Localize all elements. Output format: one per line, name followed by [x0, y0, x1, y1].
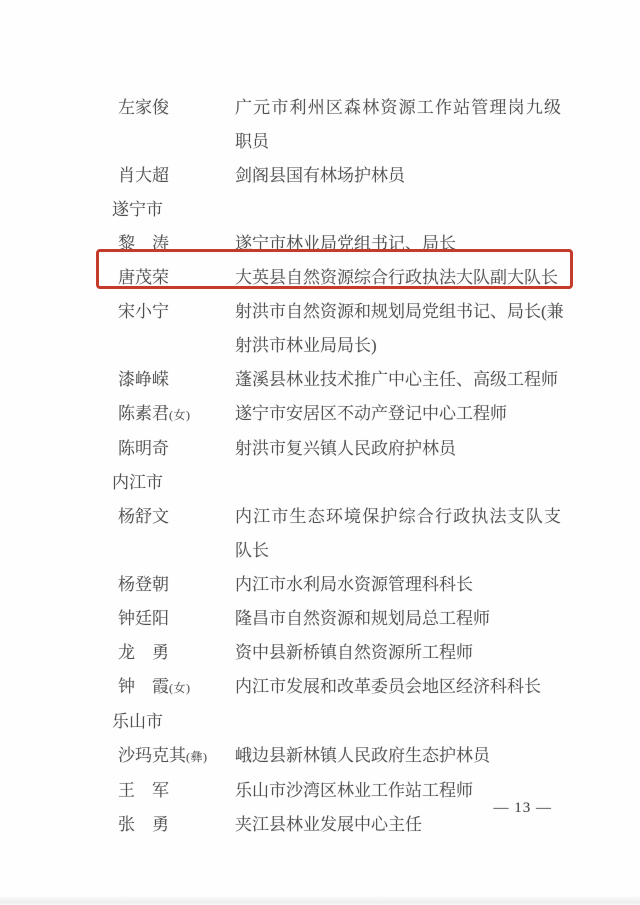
person-name: 黎 涛 — [118, 227, 235, 261]
roster-entry: 杨登朝 内江市水利局水资源管理科科长 — [118, 568, 640, 602]
person-name: 唐茂荣 — [118, 261, 235, 295]
roster-entry: 宋小宁 射洪市自然资源和规划局党组书记、局长(兼射洪市林业局局长) — [118, 295, 640, 363]
roster-list: 左家俊 广元市利州区森林资源工作站管理岗九级职员 肖大超 剑阁县国有林场护林员 … — [118, 91, 640, 842]
person-name: 龙 勇 — [118, 636, 235, 670]
position-text: 剑阁县国有林场护林员 — [235, 159, 561, 193]
position-line: 资中县新桥镇自然资源所工程师 — [235, 636, 561, 670]
position-text: 大英县自然资源综合行政执法大队副大队长 — [235, 261, 561, 295]
section-header-city: 遂宁市 — [112, 193, 640, 227]
person-name: 杨登朝 — [118, 568, 235, 602]
position-line: 剑阁县国有林场护林员 — [235, 159, 561, 193]
person-name-text: 王 军 — [118, 781, 169, 800]
position-text: 内江市发展和改革委员会地区经济科科长 — [235, 670, 561, 704]
roster-entry: 钟廷阳 隆昌市自然资源和规划局总工程师 — [118, 602, 640, 636]
roster-entry: 漆峥嵘 蓬溪县林业技术推广中心主任、高级工程师 — [118, 363, 640, 397]
position-line: 内江市发展和改革委员会地区经济科科长 — [235, 670, 561, 704]
roster-entry: 沙玛克其(彝) 峨边县新林镇人民政府生态护林员 — [118, 739, 640, 774]
person-name: 陈明奇 — [118, 432, 235, 466]
position-text: 资中县新桥镇自然资源所工程师 — [235, 636, 561, 670]
person-name: 钟 霞(女) — [118, 670, 235, 705]
roster-entry: 钟 霞(女) 内江市发展和改革委员会地区经济科科长 — [118, 670, 640, 705]
page-number: — 13 — — [494, 800, 553, 817]
person-name-suffix: (彝) — [186, 750, 208, 764]
position-line: 内江市水利局水资源管理科科长 — [235, 568, 561, 602]
roster-entry: 陈素君(女) 遂宁市安居区不动产登记中心工程师 — [118, 397, 640, 432]
position-line: 职员 — [235, 125, 561, 159]
person-name-text: 钟 霞 — [118, 677, 169, 696]
person-name: 张 勇 — [118, 808, 235, 842]
person-name-suffix: (女) — [169, 408, 191, 422]
position-line: 射洪市复兴镇人民政府护林员 — [235, 432, 561, 466]
roster-entry: 杨舒文 内江市生态环境保护综合行政执法支队支队长 — [118, 500, 640, 568]
person-name: 宋小宁 — [118, 295, 235, 329]
person-name-text: 陈素君 — [118, 404, 169, 423]
person-name-text: 黎 涛 — [118, 234, 169, 253]
position-line: 峨边县新林镇人民政府生态护林员 — [235, 739, 561, 773]
roster-entry: 肖大超 剑阁县国有林场护林员 — [118, 159, 640, 193]
page-bottom-edge — [0, 895, 640, 905]
section-header-city: 内江市 — [112, 466, 640, 500]
roster-entry: 左家俊 广元市利州区森林资源工作站管理岗九级职员 — [118, 91, 640, 159]
position-text: 射洪市复兴镇人民政府护林员 — [235, 432, 561, 466]
position-line: 遂宁市安居区不动产登记中心工程师 — [235, 397, 561, 431]
person-name-text: 杨登朝 — [118, 575, 169, 594]
position-text: 蓬溪县林业技术推广中心主任、高级工程师 — [235, 363, 561, 397]
position-line: 广元市利州区森林资源工作站管理岗九级 — [235, 91, 561, 125]
section-header-city: 乐山市 — [112, 705, 640, 739]
person-name-text: 杨舒文 — [118, 507, 169, 526]
person-name: 漆峥嵘 — [118, 363, 235, 397]
person-name-text: 沙玛克其 — [118, 746, 186, 765]
person-name-text: 张 勇 — [118, 815, 169, 834]
person-name-text: 左家俊 — [118, 98, 169, 117]
person-name: 陈素君(女) — [118, 397, 235, 432]
roster-entry: 黎 涛 遂宁市林业局党组书记、局长 — [118, 227, 640, 261]
person-name: 沙玛克其(彝) — [118, 739, 235, 774]
person-name: 钟廷阳 — [118, 602, 235, 636]
person-name-text: 陈明奇 — [118, 439, 169, 458]
roster-entry: 王 军 乐山市沙湾区林业工作站工程师 — [118, 774, 640, 808]
document-page: 左家俊 广元市利州区森林资源工作站管理岗九级职员 肖大超 剑阁县国有林场护林员 … — [0, 0, 640, 905]
person-name: 肖大超 — [118, 159, 235, 193]
person-name-suffix: (女) — [169, 681, 191, 695]
roster-entry: 唐茂荣 大英县自然资源综合行政执法大队副大队长 — [118, 261, 640, 295]
person-name: 王 军 — [118, 774, 235, 808]
person-name: 杨舒文 — [118, 500, 235, 534]
position-line: 隆昌市自然资源和规划局总工程师 — [235, 602, 561, 636]
position-line: 遂宁市林业局党组书记、局长 — [235, 227, 561, 261]
position-line: 蓬溪县林业技术推广中心主任、高级工程师 — [235, 363, 561, 397]
position-text: 射洪市自然资源和规划局党组书记、局长(兼射洪市林业局局长) — [235, 295, 561, 363]
roster-entry: 陈明奇 射洪市复兴镇人民政府护林员 — [118, 432, 640, 466]
person-name: 左家俊 — [118, 91, 235, 125]
person-name-text: 龙 勇 — [118, 643, 169, 662]
person-name-text: 漆峥嵘 — [118, 370, 169, 389]
person-name-text: 钟廷阳 — [118, 609, 169, 628]
position-line: 内江市生态环境保护综合行政执法支队支 — [235, 500, 561, 534]
position-text: 峨边县新林镇人民政府生态护林员 — [235, 739, 561, 773]
position-line: 大英县自然资源综合行政执法大队副大队长 — [235, 261, 561, 295]
position-text: 隆昌市自然资源和规划局总工程师 — [235, 602, 561, 636]
position-line: 射洪市林业局局长) — [235, 329, 561, 363]
position-text: 遂宁市林业局党组书记、局长 — [235, 227, 561, 261]
position-text: 内江市水利局水资源管理科科长 — [235, 568, 561, 602]
position-text: 内江市生态环境保护综合行政执法支队支队长 — [235, 500, 561, 568]
position-line: 队长 — [235, 534, 561, 568]
person-name-text: 肖大超 — [118, 166, 169, 185]
position-line: 射洪市自然资源和规划局党组书记、局长(兼 — [235, 295, 561, 329]
person-name-text: 宋小宁 — [118, 302, 169, 321]
position-text: 遂宁市安居区不动产登记中心工程师 — [235, 397, 561, 431]
position-text: 广元市利州区森林资源工作站管理岗九级职员 — [235, 91, 561, 159]
person-name-text: 唐茂荣 — [118, 268, 169, 287]
roster-entry: 张 勇 夹江县林业发展中心主任 — [118, 808, 640, 842]
roster-entry: 龙 勇 资中县新桥镇自然资源所工程师 — [118, 636, 640, 670]
